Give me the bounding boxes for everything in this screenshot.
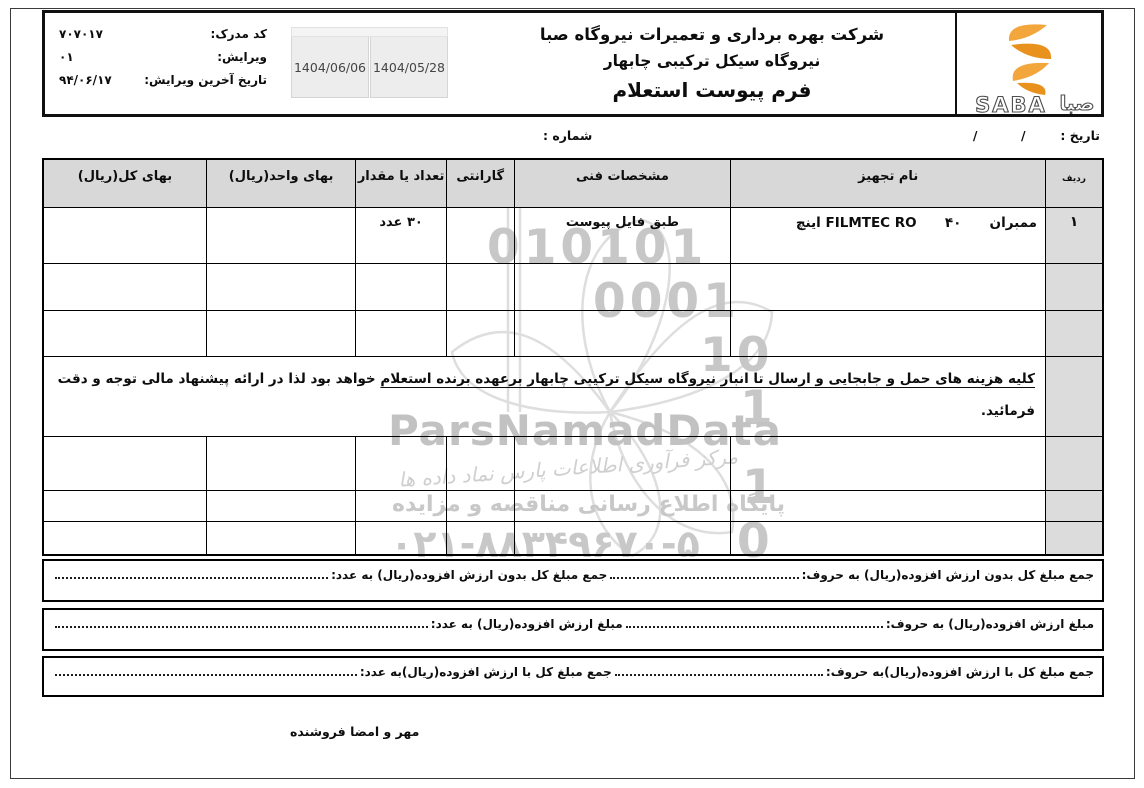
specs-cell: طبق فایل پیوست [514,207,731,263]
form-title: فرم پیوست استعلام [613,78,812,102]
note-row: کلیه هزینه های حمل و جابجایی و ارسال تا … [43,356,1103,436]
equipment-cell [731,436,1046,490]
col-header-quantity: تعداد یا مقدار [356,159,447,207]
document-codes: کد مدرک: ۷۰۷۰۱۷ ویرایش: ۰۱ تاریخ آخرین و… [59,27,267,96]
unit-price-cell [206,436,355,490]
table-row [43,490,1103,521]
row-no-cell [1046,490,1103,521]
last-edit-value: ۹۴/۰۶/۱۷ [59,73,112,87]
row-no-cell [1046,263,1103,310]
quantity-cell [356,436,447,490]
dotted-line [55,568,328,579]
quantity-cell: ۳۰ عدد [356,207,447,263]
unit-price-cell [206,207,355,263]
total-with-vat-digits-label: جمع مبلغ کل با ارزش افزوده(ریال)به عدد: [360,665,612,679]
col-header-equipment: نام تجهیز [731,159,1046,207]
specs-cell [514,310,731,356]
table-header-row: ردیف نام تجهیز مشخصات فنی گارانتی تعداد … [43,159,1103,207]
items-table: ردیف نام تجهیز مشخصات فنی گارانتی تعداد … [42,158,1104,556]
unit-price-cell [206,521,355,555]
specs-cell [514,436,731,490]
col-header-row-no: ردیف [1046,159,1103,207]
unit-price-cell [206,490,355,521]
logo-arabic-text: صبا [1060,91,1095,115]
doc-code-value: ۷۰۷۰۱۷ [59,27,103,41]
col-header-total-price: بهای کل(ریال) [43,159,206,207]
unit-price-cell [206,263,355,310]
last-edit-label: تاریخ آخرین ویرایش: [144,73,267,87]
col-header-specs: مشخصات فنی [514,159,731,207]
revision-value: ۰۱ [59,50,74,64]
row-no-cell [1046,356,1103,436]
title-block: شرکت بهره برداری و تعمیرات نیروگاه صبا ن… [473,13,951,114]
dotted-line [55,617,428,628]
table-row [43,310,1103,356]
equipment-cell [731,310,1046,356]
row-no-cell: ۱ [1046,207,1103,263]
dotted-line [615,665,823,676]
row-no-cell [1046,521,1103,555]
total-without-vat-box: جمع مبلغ کل بدون ارزش افزوده(ریال) به حر… [42,559,1104,602]
total-price-cell [43,207,206,263]
table-row [43,436,1103,490]
revision-row: ویرایش: ۰۱ [59,50,267,64]
total-with-vat-box: جمع مبلغ کل با ارزش افزوده(ریال)به حروف:… [42,656,1104,697]
quantity-cell [356,490,447,521]
date-cells: 1404/06/06 1404/05/28 [291,36,448,98]
total-with-vat-words-label: جمع مبلغ کل با ارزش افزوده(ریال)به حروف: [826,665,1094,679]
date-field: تاریخ : / / [973,128,1100,143]
row-no-cell [1046,310,1103,356]
total-without-vat-words-label: جمع مبلغ کل بدون ارزش افزوده(ریال) به حر… [802,568,1094,582]
company-name: شرکت بهره برداری و تعمیرات نیروگاه صبا [540,25,884,44]
equipment-cell [731,490,1046,521]
total-price-cell [43,310,206,356]
dotted-line [55,665,357,676]
specs-cell [514,490,731,521]
warranty-cell [446,263,514,310]
dotted-line [626,617,883,628]
date-cell-1: 1404/06/06 [291,36,369,98]
table-row: ۱ ممبران FILMTEC RO ۴۰ اینچ طبق فایل پیو… [43,207,1103,263]
quantity-cell [356,521,447,555]
equipment-cell: ممبران FILMTEC RO ۴۰ اینچ [731,207,1046,263]
saba-logo-icon: SABA صبا [959,17,1099,117]
total-without-vat-digits-label: جمع مبلغ کل بدون ارزش افزوده(ریال) به عد… [331,568,607,582]
warranty-cell [446,207,514,263]
form-header: کد مدرک: ۷۰۷۰۱۷ ویرایش: ۰۱ تاریخ آخرین و… [42,10,1104,117]
table-row [43,263,1103,310]
doc-code-label: کد مدرک: [211,27,267,41]
vat-words-label: مبلغ ارزش افزوده(ریال) به حروف: [886,617,1094,631]
equipment-cell [731,521,1046,555]
warranty-cell [446,490,514,521]
specs-cell [514,521,731,555]
total-price-cell [43,263,206,310]
quantity-cell [356,310,447,356]
date-cell-2: 1404/05/28 [370,36,448,98]
col-header-unit-price: بهای واحد(ریال) [206,159,355,207]
warranty-cell [446,521,514,555]
warranty-cell [446,310,514,356]
vat-digits-label: مبلغ ارزش افزوده(ریال) به عدد: [431,617,623,631]
equipment-cell [731,263,1046,310]
row-no-cell [1046,436,1103,490]
unit-price-cell [206,310,355,356]
number-field: شماره : [543,128,592,143]
col-header-warranty: گارانتی [446,159,514,207]
logo-latin-text: SABA [975,93,1047,117]
revision-label: ویرایش: [217,50,267,64]
specs-cell [514,263,731,310]
vat-amount-box: مبلغ ارزش افزوده(ریال) به حروف: مبلغ ارز… [42,608,1104,651]
total-price-cell [43,436,206,490]
table-row [43,521,1103,555]
plant-name: نیروگاه سیکل ترکیبی چابهار [604,52,821,70]
saba-logo-box: SABA صبا [955,13,1101,114]
quantity-cell [356,263,447,310]
shipping-note: کلیه هزینه های حمل و جابجایی و ارسال تا … [43,356,1046,436]
last-edit-row: تاریخ آخرین ویرایش: ۹۴/۰۶/۱۷ [59,73,267,87]
note-underlined-text: کلیه هزینه های حمل و جابجایی و ارسال تا … [380,371,1035,387]
total-price-cell [43,521,206,555]
total-price-cell [43,490,206,521]
seller-signature-label: مهر و امضا فروشنده [290,724,419,739]
warranty-cell [446,436,514,490]
doc-code-row: کد مدرک: ۷۰۷۰۱۷ [59,27,267,41]
dotted-line [610,568,798,579]
